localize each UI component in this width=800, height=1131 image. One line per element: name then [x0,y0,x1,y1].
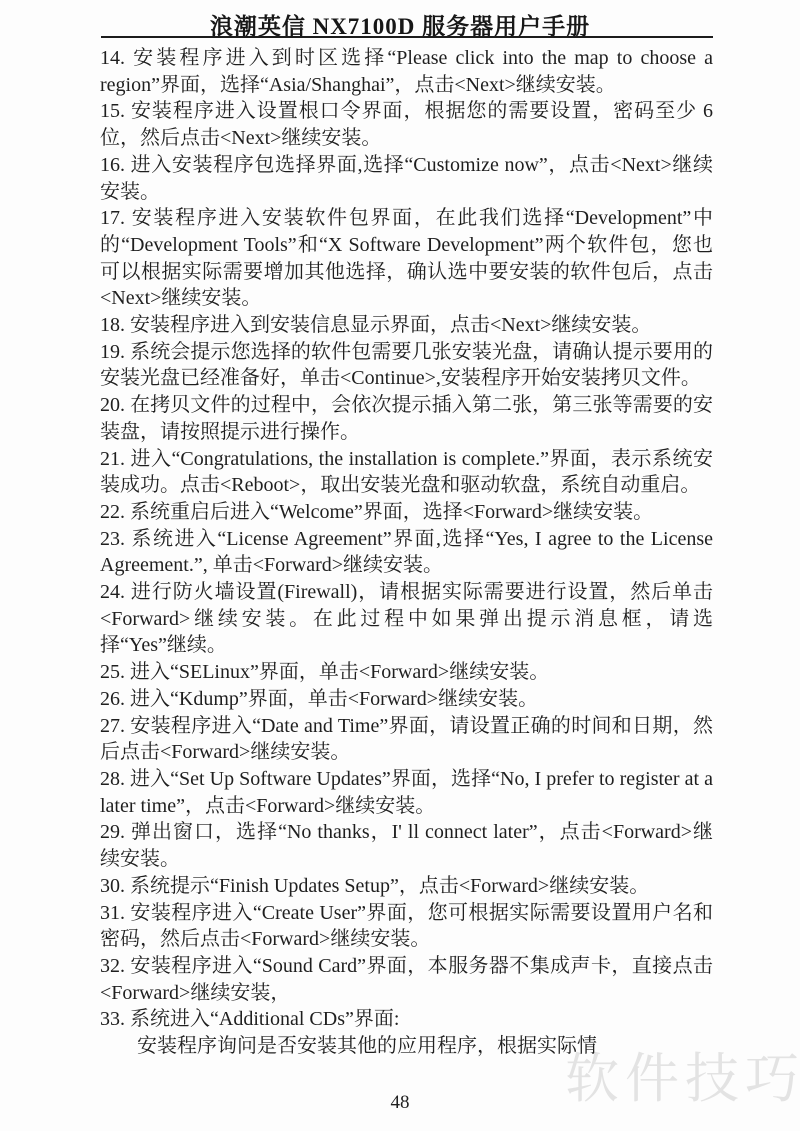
step-32: 32. 安装程序进入“Sound Card”界面，本服务器不集成声卡，直接点击<… [100,953,713,1006]
step-21: 21. 进入“Congratulations, the installation… [100,446,713,499]
step-33: 33. 系统进入“Additional CDs”界面: [100,1006,713,1033]
page-number: 48 [0,1092,800,1114]
step-17: 17. 安装程序进入安装软件包界面，在此我们选择“Development”中的“… [100,205,713,312]
step-29: 29. 弹出窗口，选择“No thanks，I' ll connect late… [100,819,713,872]
step-30: 30. 系统提示“Finish Updates Setup”，点击<Forwar… [100,873,713,900]
step-20: 20. 在拷贝文件的过程中，会依次提示插入第二张，第三张等需要的安装盘，请按照提… [100,392,713,445]
step-26: 26. 进入“Kdump”界面，单击<Forward>继续安装。 [100,686,713,713]
step-28: 28. 进入“Set Up Software Updates”界面，选择“No,… [100,766,713,819]
step-16: 16. 进入安装程序包选择界面,选择“Customize now”，点击<Nex… [100,152,713,205]
manual-page: 软件技巧 浪潮英信 NX7100D 服务器用户手册 14. 安装程序进入到时区选… [0,0,800,1131]
step-23: 23. 系统进入“License Agreement”界面,选择“Yes, I … [100,526,713,579]
step-33-continuation: 安装程序询问是否安装其他的应用程序，根据实际情 [100,1033,713,1060]
step-27: 27. 安装程序进入“Date and Time”界面，请设置正确的时间和日期，… [100,713,713,766]
step-25: 25. 进入“SELinux”界面，单击<Forward>继续安装。 [100,659,713,686]
step-14: 14. 安装程序进入到时区选择“Please click into the ma… [100,45,713,98]
step-19: 19. 系统会提示您选择的软件包需要几张安装光盘，请确认提示要用的安装光盘已经准… [100,339,713,392]
header-rule [101,36,713,38]
step-22: 22. 系统重启后进入“Welcome”界面，选择<Forward>继续安装。 [100,499,713,526]
step-15: 15. 安装程序进入设置根口令界面，根据您的需要设置，密码至少 6 位，然后点击… [100,98,713,151]
step-18: 18. 安装程序进入到安装信息显示界面，点击<Next>继续安装。 [100,312,713,339]
step-31: 31. 安装程序进入“Create User”界面，您可根据实际需要设置用户名和… [100,900,713,953]
instruction-list: 14. 安装程序进入到时区选择“Please click into the ma… [100,45,713,1060]
step-24: 24. 进行防火墙设置(Firewall)，请根据实际需要进行设置，然后单击<F… [100,579,713,659]
